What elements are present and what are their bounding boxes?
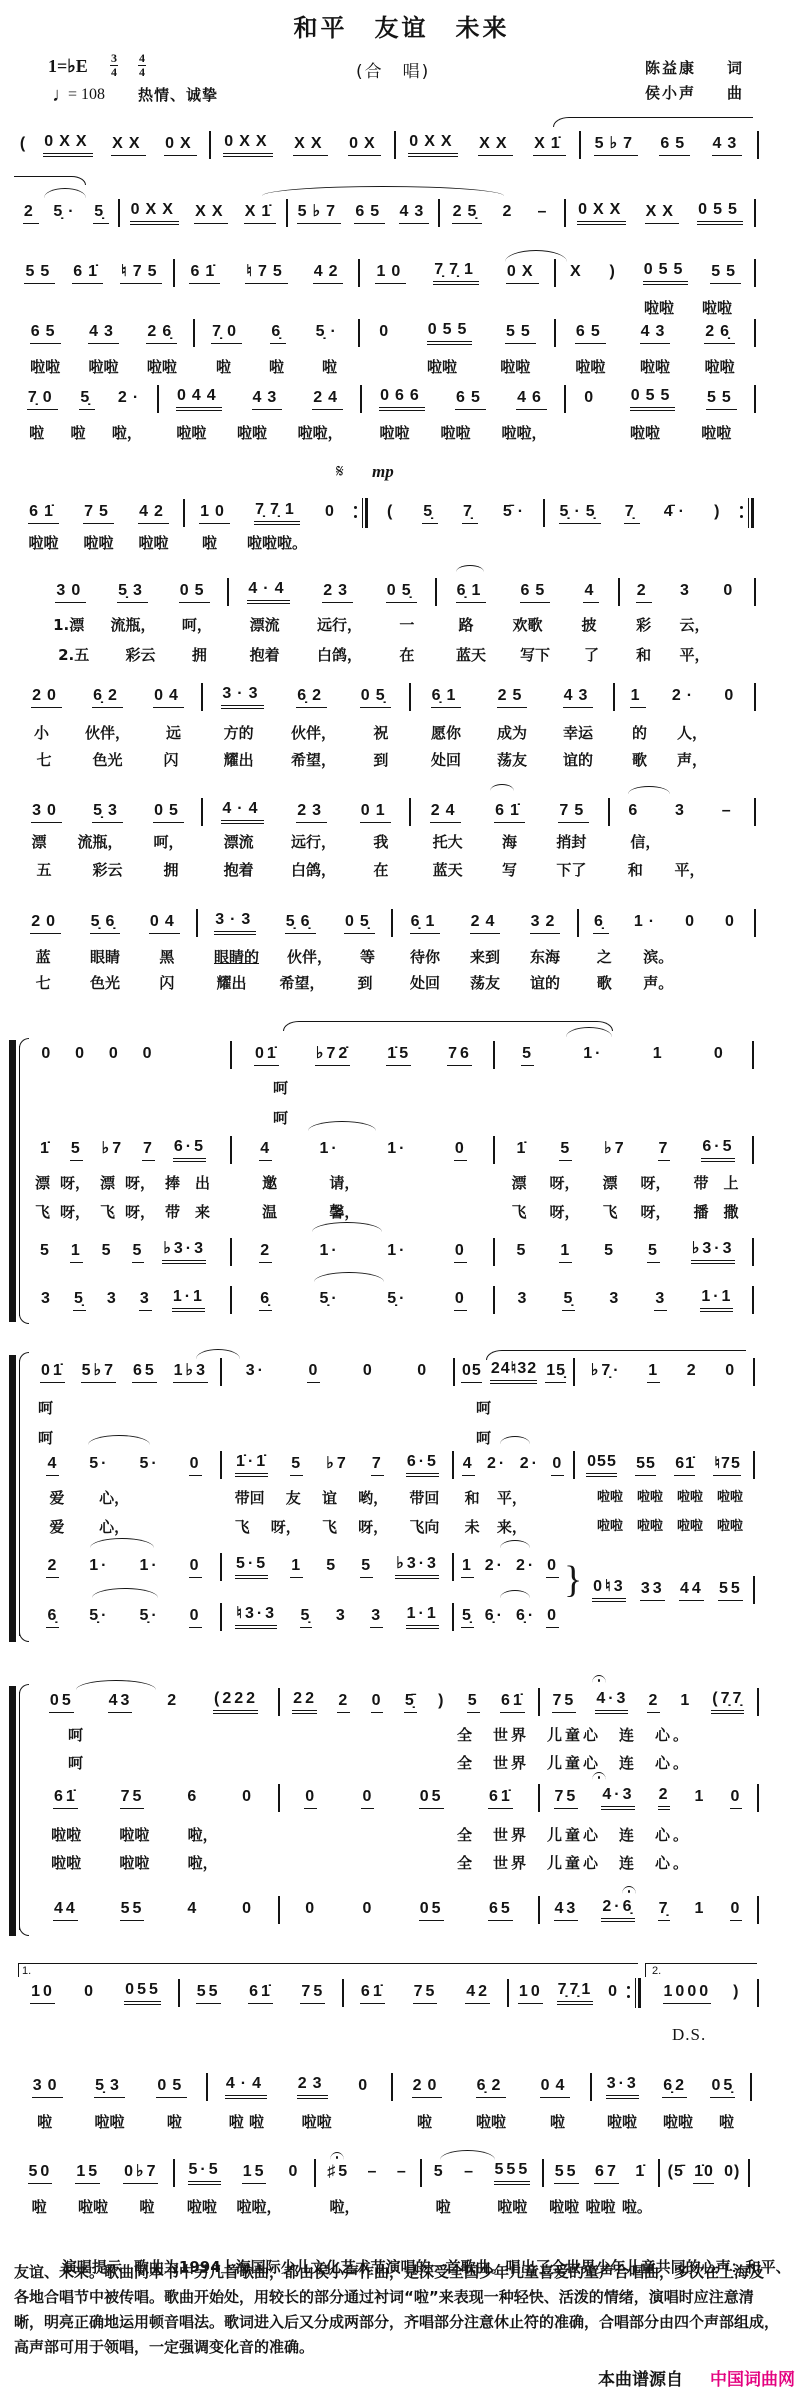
note-group: 75: [300, 1983, 325, 2004]
note-group: 2: [46, 1557, 59, 1578]
note-group: 5̣·: [88, 1607, 109, 1627]
lyric: 啦啦: [176, 423, 206, 443]
measure: 2 5̣· 5̣: [16, 201, 116, 225]
measure: 5̣ 6̣· 6̣· 0: [456, 1605, 564, 1629]
note-group: 0: [723, 687, 739, 707]
note-group: 05: [153, 802, 184, 823]
note-group: 05: [461, 1362, 482, 1383]
note-group: 1: [70, 1242, 83, 1263]
lyric: 啦啦: [500, 357, 530, 377]
note-group: XX: [194, 203, 228, 224]
measure: 65 43 26̣: [558, 321, 752, 345]
note-group: 01̇: [254, 1045, 279, 1066]
lyric: 处回: [431, 750, 461, 770]
lyric-measure: 未 来，: [456, 1517, 570, 1537]
note-group: 75: [83, 503, 114, 524]
note-group: 4·3: [595, 1690, 628, 1714]
note-group: 0: [454, 1242, 467, 1263]
lyrics-line-10-verse-2: 七 色光 闪 耀出 希望， 到 处回 荡友 谊的 歌 声。: [0, 973, 803, 993]
system-bracket-hook: [19, 1926, 29, 1936]
note-group: 0X: [506, 263, 539, 284]
note-group: 6̣2: [92, 687, 123, 708]
note-group: 4: [46, 1455, 59, 1476]
staff-line-3: 55 61̇ ♮75 61̇ ♮75 42 10 7̣7̣1 0X X ) 05…: [0, 261, 803, 285]
note-group: 1·: [138, 1557, 159, 1577]
lyric: 呀，: [271, 1517, 301, 1537]
note-group: 55: [554, 2163, 579, 2184]
lyric-measure: 托大 海 捎封: [413, 832, 606, 852]
note-group: 15: [242, 2163, 267, 2184]
lyric: 蓝天: [456, 645, 486, 665]
barline: [342, 1979, 344, 2007]
lyric-measure: 之 滨。: [581, 947, 752, 967]
lyrics-line-8-verse-1: 小 伙伴， 远 方的 伙伴， 祝 愿你 成为 幸运 的 人，: [0, 723, 803, 743]
note-group: 0: [607, 1983, 620, 2003]
note-group: 0: [551, 1455, 564, 1476]
lyric: 耀出: [224, 750, 254, 770]
barline: [757, 131, 759, 159]
lyric: 啦啦: [476, 2112, 506, 2132]
lyric: 飞向: [409, 1517, 439, 1537]
staff-line-6: 61̇ 75 42 10 7̣7̣1 0 ( 5̣ 7̣ 5̄· 5̣·5̣ 7…: [0, 501, 803, 525]
barline: [543, 499, 545, 527]
repeat-end-barline: [742, 498, 754, 528]
lyric-measure: 1.漂 流瓶， 呵，: [40, 615, 225, 635]
staff-line-1: ( 0XX XX 0X 0XX XX 0X 0XX XX X1̇ 5♭7 65 …: [0, 133, 803, 157]
staff-line-23: 30 5̣3 05 4·4 23 0 20 6̣2 04 3·3 6̣2 05̣: [0, 2075, 803, 2099]
note-group: 25: [497, 687, 528, 708]
barline: [579, 131, 581, 159]
note-group: 5̣: [300, 1607, 313, 1628]
lyric-measure: 处回 荡友 谊的: [413, 750, 611, 770]
note-group: 1: [679, 1692, 692, 1712]
measure: 44 55 4 0: [32, 1898, 275, 1922]
performance-notes-line-4: 晰，明亮正确地运用顿音唱法。歌词进入后又分成两部分，齐唱部分注意休止符的准确，合…: [14, 2312, 779, 2332]
lyrics-line-24: 啦 啦啦 啦 啦啦 啦啦， 啦， 啦 啦啦 啦啦 啦啦 啦。: [0, 2197, 803, 2217]
staff-line-13: 5 1 5 5 ♭3·3 2 1· 1· 0 5 1 5 5 ♭3·3: [0, 1240, 803, 1264]
barline: [577, 909, 579, 937]
measure: 0XX XX 0X: [213, 133, 391, 157]
staff-line-14: 3 5̣ 3 3 1·1 6̣ 5̣· 5̣· 0 3 5̣ 3 3 1·1: [0, 1288, 803, 1312]
time-signature-denominator: 4: [111, 66, 117, 79]
lyricist-role: 词: [727, 58, 744, 78]
note-group: 44: [679, 1580, 704, 1601]
note-group: 066: [379, 387, 425, 411]
lyric: 啦啦啦。: [247, 533, 307, 553]
note-group: 55: [196, 1983, 221, 2004]
note-group: –: [367, 2163, 380, 2183]
measure: 61̇ 75 42: [16, 501, 181, 525]
lyric: 啦啦: [78, 2197, 108, 2217]
note-group: ♮75: [120, 263, 163, 284]
note-group: 20: [31, 687, 62, 708]
lyrics-line-20-verse-1: 啦啦 啦啦 啦， 全 世界 儿童心 连 心。: [0, 1825, 803, 1845]
note-group: 1: [694, 1900, 707, 1920]
note-group: 5: [515, 1242, 528, 1262]
note-group: –: [537, 203, 553, 223]
staff-line-11: 0 0 0 0 01̇ ♭72̇ 1̇5 76 5 1· 1 0: [0, 1043, 803, 1067]
lyric: 啦: [29, 423, 44, 443]
lyric: 海: [502, 832, 517, 852]
lyric-measure: 歌 声。: [581, 973, 752, 993]
staff-line-7: 30 5̣3 05 4·4 23 05̣ 6̣1 65 4 2 3 0: [0, 580, 803, 604]
barline: [420, 2159, 422, 2187]
note-group: 5: [325, 1557, 338, 1577]
note-group: 5: [603, 1242, 616, 1262]
lyric-measure: 和 平，: [622, 645, 752, 665]
lyric: 流瓶，: [111, 615, 156, 635]
note-group: 5̣·: [52, 203, 79, 223]
lyric: 在: [373, 860, 388, 880]
lyric-underlined: 眼睛的: [214, 947, 259, 967]
lyric: 白鸽，: [317, 645, 362, 665]
barline: [230, 1136, 232, 1164]
barline: [753, 1358, 755, 1386]
note-group: 7̣7̣1: [557, 1981, 594, 2005]
note-group: 5̣3: [117, 582, 148, 603]
barline: [220, 1603, 222, 1631]
fermata-icon: [622, 1886, 636, 1894]
song-title: 和平 友谊 未来: [0, 12, 803, 44]
repeat-dots: [354, 506, 357, 509]
lyric: 七: [36, 973, 51, 993]
lyric: 平，: [497, 1488, 527, 1508]
note-group: 0: [241, 1788, 254, 1808]
note-group: 42: [465, 1983, 490, 2004]
lyric: 2.五: [58, 645, 89, 665]
tempo-value: = 108: [68, 84, 105, 106]
lyric: 漂流: [250, 615, 280, 635]
lyrics-line-8-verse-2: 七 色光 闪 耀出 希望， 到 处回 荡友 谊的 歌 声，: [0, 750, 803, 770]
lyric: 待你: [410, 947, 440, 967]
measure: 6̣ 5̣· 5̣· 0: [236, 1288, 490, 1312]
note-group: 0: [722, 582, 738, 602]
note-group: 1·: [319, 1242, 340, 1262]
note-group: 67: [594, 2163, 619, 2184]
lyric-measure: 抱着 白鸽， 在: [231, 645, 433, 665]
barline: [201, 798, 203, 826]
lyric: 飞: [511, 1202, 526, 1222]
note-group: 6̣: [259, 1290, 272, 1311]
note-group: 0: [546, 1557, 559, 1578]
barline: [564, 199, 566, 227]
slur-arc: [456, 565, 484, 572]
lyric: 到: [357, 973, 372, 993]
note-group: 5·: [138, 1455, 159, 1475]
lyric: 伙伴，: [85, 723, 130, 743]
lyric: 呀，: [640, 1173, 670, 1193]
measure: 4 5· 5· 0: [32, 1453, 216, 1477]
lyric: 谊: [322, 1488, 337, 1508]
lyric: 啦啦: [138, 533, 168, 553]
note-group: 1: [461, 1557, 474, 1578]
measure: 55 61̇ 75: [182, 1981, 339, 2005]
barline: [752, 1041, 754, 1069]
note-group: 1·: [582, 1045, 603, 1065]
note-group: 23: [297, 2075, 328, 2099]
measure: 5 1· 1 0: [497, 1043, 750, 1067]
lyric: 啦啦: [644, 298, 674, 318]
note-group: 1: [630, 687, 646, 708]
staff-line-17-merged: 0♮3 33 44 55: [0, 1578, 803, 1602]
lyric-measure: 啦 啦啦 啦: [16, 2112, 203, 2132]
close-parenthesis: ): [732, 1983, 741, 2003]
note-group: ♭3·3: [395, 1555, 439, 1579]
barline: [409, 683, 411, 711]
note-group: 0♭7: [123, 2163, 158, 2184]
system-bracket-hook: [19, 1632, 29, 1642]
note-group: X: [569, 263, 587, 283]
lyric: 眼睛: [90, 947, 120, 967]
barline: [573, 1358, 575, 1386]
lyric: 捧 出: [165, 1173, 210, 1193]
note-group: 0: [546, 1607, 559, 1628]
note-group: 0: [454, 1140, 467, 1161]
note-group: 55: [710, 263, 741, 284]
note-group: 0: [724, 913, 740, 933]
measure: 5 1 5 5 ♭3·3: [500, 1240, 750, 1264]
lyric-measure: 啦啦 啦啦 啦，: [32, 1825, 275, 1845]
note-group: 10: [30, 1983, 55, 2004]
note-group: 3·3: [214, 911, 256, 935]
lyric-measure: 啦啦 啦啦 啦啦，: [161, 423, 358, 443]
lyric: 七: [36, 750, 51, 770]
barline: [314, 2159, 316, 2187]
note-group: 1·: [88, 1557, 109, 1577]
measure: 1̇·1̇ 5 ♭7 7 6·5: [224, 1453, 450, 1477]
note-group: 43: [563, 687, 594, 708]
lyric: 漂流: [224, 832, 254, 852]
lyric-measure: 和 平，: [612, 860, 752, 880]
measure: 1̇ 5 ♭7 7 6·5: [30, 1138, 215, 1162]
measure: ♭7̣· 1 2 0: [577, 1360, 750, 1384]
measure: 0 055 55: [568, 387, 752, 411]
measure: 066 65 46: [364, 387, 562, 411]
measure: 1̇ 5 ♭7 7 6·5: [500, 1138, 750, 1162]
note-group: 4: [583, 582, 599, 603]
note-group: 43: [640, 323, 671, 344]
barline: [193, 319, 195, 347]
measure: 5·5 1 5 5 ♭3·3: [224, 1555, 450, 1579]
lyric: 彩云: [92, 860, 122, 880]
barline: [358, 259, 360, 287]
note-group: –: [463, 2163, 476, 2183]
note-group: 2: [337, 1692, 350, 1713]
time-signature-1: 3 4: [110, 52, 118, 79]
note-group: 01: [360, 802, 391, 823]
note-group: 5̣̄: [404, 1692, 417, 1713]
lyric-measure: 耀出 希望， 到: [200, 973, 389, 993]
note-group: 5: [101, 1242, 114, 1262]
lyric: 成为: [497, 723, 527, 743]
lyric-measure: 小 伙伴， 远: [16, 723, 199, 743]
barline: [748, 2159, 750, 2187]
note-group: 7̣: [658, 1900, 671, 1921]
lyric: 啦啦: [51, 1853, 81, 1873]
note-group: 6̣2: [476, 2077, 507, 2098]
time-signature-denominator: 4: [139, 66, 145, 79]
measure: ♯5 – –: [318, 2161, 417, 2185]
lyric: 啦啦: [440, 423, 470, 443]
measure: 1 2· 0: [617, 685, 752, 709]
lyric-measure: 蓝 眼睛 黑: [16, 947, 194, 967]
note-group: 0: [684, 913, 700, 933]
note-group: 6: [627, 802, 643, 822]
note-group: 055: [427, 321, 473, 345]
volta-bracket-1: [18, 1963, 638, 1977]
lyric: 啦: [216, 357, 231, 377]
note-group: 6̣·: [515, 1607, 536, 1627]
lyric: 呵，: [153, 832, 183, 852]
note-group: 30: [55, 582, 86, 603]
note-group: 6̣1: [431, 687, 462, 708]
lyric: 啦啦: [575, 357, 605, 377]
lyric-measure: 飞 呀， 飞 呀， 飞向: [224, 1517, 450, 1537]
lyric: 到: [373, 750, 388, 770]
barline: [757, 1979, 759, 2007]
note-group: 0: [83, 1983, 96, 2003]
note-group: ♮3·3: [235, 1605, 277, 1629]
slur-arc: [628, 786, 670, 794]
barline: [453, 1358, 455, 1386]
lyric: 远行，: [317, 615, 362, 635]
note-group: 1·1: [406, 1605, 439, 1629]
note-group: 65: [30, 323, 61, 344]
expression-marking: 热情、诚挚: [138, 84, 218, 106]
note-group: 75: [552, 1692, 577, 1713]
lyric: 啦，: [188, 1825, 218, 1845]
slur-arc: [486, 1350, 746, 1360]
repeat-dots: [740, 506, 743, 509]
barline: [178, 1979, 180, 2007]
note-group: 0: [304, 1788, 317, 1809]
measure: 05 43 2 (222: [32, 1690, 275, 1714]
note-group: (7̣7̣: [711, 1690, 744, 1714]
lyric-measure: 漂 流瓶， 呵，: [16, 832, 199, 852]
staff-line-24: 50 15 0♭7 5·5 15 0 ♯5 – – 5 – 555 55 67 …: [0, 2161, 803, 2185]
volta-label-2: 2.: [652, 1965, 661, 1977]
barline: [209, 131, 211, 159]
slur-arc: [312, 1222, 382, 1232]
barline: [590, 2073, 592, 2101]
slur-arc: [90, 1538, 154, 1548]
lyric: 呀，: [125, 1173, 155, 1193]
note-group: 0XX: [577, 201, 626, 225]
note-group: 1: [559, 1242, 572, 1263]
barline: [754, 385, 756, 413]
lyric: 飞: [322, 1517, 337, 1537]
lyric: 抱着: [224, 860, 254, 880]
barline: [658, 2159, 660, 2187]
dynamic-marking: mp: [372, 461, 394, 483]
barline: [757, 1784, 759, 1812]
barline: [538, 1896, 540, 1924]
note-group: 7̣7̣1: [433, 261, 479, 285]
note-group: 055: [697, 201, 743, 225]
lyric: 远行，: [291, 832, 336, 852]
lyric: 啦啦: [637, 1517, 663, 1537]
lyric: 啦: [139, 2197, 154, 2217]
lyric-measure: 飞 呀， 飞 呀， 带 来: [30, 1202, 215, 1222]
lyric: 带 上: [693, 1173, 738, 1193]
note-group: 0: [416, 1362, 429, 1382]
staff-line-18: 6̣ 5̣· 5̣· 0 ♮3·3 5̣ 3 3 1·1 5̣ 6̣· 6̣· …: [0, 1605, 803, 1629]
note-group: 4·3: [601, 1786, 634, 1810]
note-group: 1·1: [700, 1288, 733, 1312]
note-group: 55: [706, 389, 737, 410]
lyric: 啦啦: [94, 2112, 124, 2132]
lyric: 流瓶，: [77, 832, 122, 852]
lyric-measure: 的 人，: [617, 723, 752, 743]
measure: 6 3 –: [612, 800, 752, 824]
barline: [278, 1784, 280, 1812]
barline: [391, 2073, 393, 2101]
barline: [752, 1286, 754, 1314]
note-group: 1: [290, 1557, 303, 1578]
note-group: 3: [674, 802, 690, 822]
fermata-icon: [592, 1675, 606, 1683]
lyric-measure: 啦 啦 啦: [197, 357, 356, 377]
note-group: 055: [643, 261, 689, 285]
barline: [286, 199, 288, 227]
lyric-measure: 啦啦 啦啦: [568, 423, 752, 443]
lyric-measure: 五 彩云 拥: [16, 860, 199, 880]
note-group: 23: [322, 582, 353, 603]
time-signature-numerator: 4: [138, 52, 146, 66]
lyric: 呵: [38, 1398, 53, 1418]
lyric: 呀，: [549, 1173, 579, 1193]
note-group: 3: [517, 1290, 530, 1310]
time-signature-2: 4 4: [138, 52, 146, 79]
lyric-measure: 邀 请，: [236, 1173, 490, 1193]
note-group: ♭72̇: [315, 1045, 350, 1066]
lyric: 啦啦: [637, 1488, 663, 1508]
measure: 30 5̣3 05: [16, 800, 199, 824]
note-group: 0: [142, 1045, 155, 1065]
measure: 01̇ ♭72̇ 1̇5 76: [236, 1043, 490, 1067]
staff-line-22: 10 0 055 55 61̇ 75 61̇ 75 42 10 7̣7̣1 0 …: [0, 1981, 803, 2005]
barline: [608, 798, 610, 826]
note-group: 1̇·1̇: [235, 1453, 268, 1477]
note-group: 055: [630, 387, 676, 411]
note-group: 0♮3: [592, 1578, 626, 1602]
lyric: 了: [584, 645, 599, 665]
measure: 55 67 1̇: [546, 2161, 655, 2185]
note-group: 4: [259, 1140, 272, 1161]
barline: [157, 385, 159, 413]
lyric-measure: 漂 呀， 漂 呀， 捧 出: [30, 1173, 215, 1193]
barline: [452, 1603, 454, 1631]
source-site-link[interactable]: 中国词曲网: [710, 2369, 795, 2391]
note-group: 0: [74, 1045, 87, 1065]
note-group: 7̣0: [211, 323, 242, 344]
note-group: 7: [142, 1140, 155, 1161]
measure: 50 15 0♭7: [16, 2161, 170, 2185]
note-group: 3: [40, 1290, 53, 1310]
lyrics-line-4: 啦啦 啦啦 啦啦 啦 啦 啦 啦啦 啦啦 啦啦 啦啦 啦啦: [0, 357, 803, 377]
note-group: 7̣0: [27, 389, 58, 410]
measure: 0♮3 33 44 55: [585, 1578, 750, 1602]
note-group: 5·: [88, 1455, 109, 1475]
lyric: 写下: [520, 645, 550, 665]
note-group: 5: [521, 1045, 534, 1066]
lyric-measure: 蓝天 写 下了: [413, 860, 606, 880]
note-group: 5: [467, 1692, 480, 1713]
barline: [618, 578, 620, 606]
lyric: 云，: [679, 615, 709, 635]
barline: [754, 319, 756, 347]
note-group: 0XX: [43, 133, 92, 157]
